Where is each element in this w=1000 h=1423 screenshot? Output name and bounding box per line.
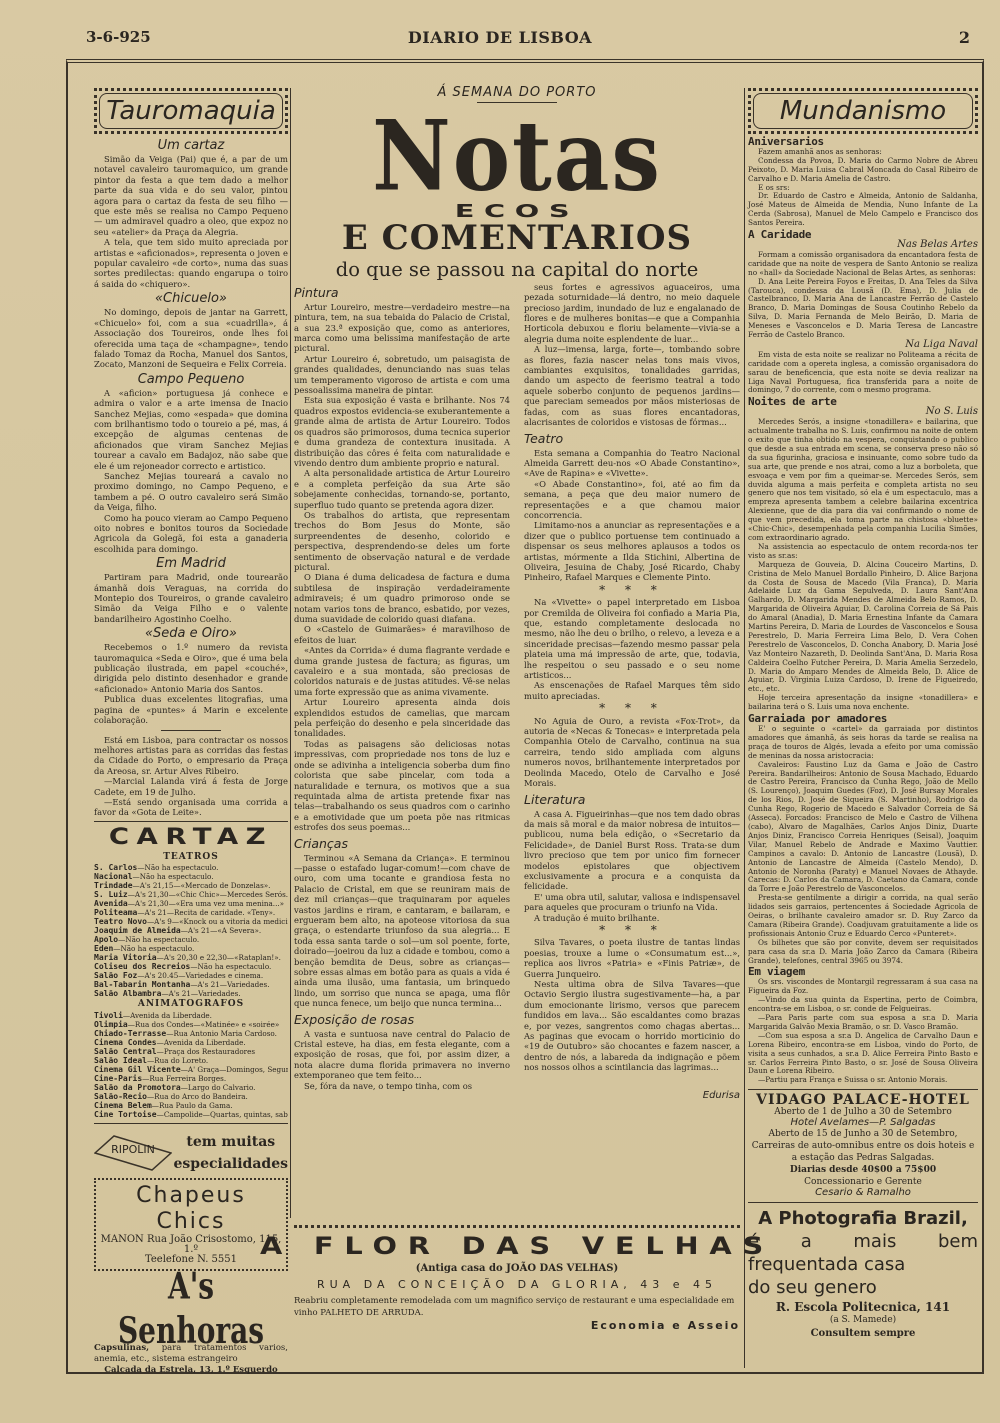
listing-entry: Teatro Novo—A's 9—«Knock ou a vitoria da… (94, 917, 288, 926)
listing-entry: Trindade—A's 21,15—«Mercado de Donzelas»… (94, 881, 288, 890)
venue-info: —A's 21,30—«Chic Chic»—Mercedes Serós. (128, 890, 288, 899)
ad-flor-das-velhas: A FLOR DAS VELHAS (Antiga casa do JOÃO D… (294, 1222, 740, 1332)
column-rule (744, 88, 745, 1368)
article-paragraph: Como ha pouco vieram ao Campo Pequeno oi… (94, 513, 288, 555)
venue-name: Salão da Promotora (94, 1083, 181, 1092)
article-heading: Em viagem (748, 968, 978, 977)
venue-info: —Rua do Loreto. (147, 1056, 208, 1065)
newspaper-title: DIARIO DE LISBOA (0, 28, 1000, 47)
venue-info: —Avenida da Liberdade. (157, 1038, 246, 1047)
article-paragraph: Cavaleiros: Faustino Luz da Gama e João … (748, 761, 978, 895)
venue-info: —A's 21,30—«Era uma vez uma menina...» (128, 899, 284, 908)
venue-info: —Praça dos Restauradores (157, 1047, 255, 1056)
article-paragraph: Sanchez Mejias toureará a cavalo no prox… (94, 471, 288, 513)
article-paragraph: Os bilhetes que são por convite, devem s… (748, 939, 978, 966)
venue-info: —Não ha espectaculo. (118, 935, 199, 944)
article-subheading: Nas Belas Artes (748, 241, 978, 250)
venue-info: —A's 9—«Knock ou a vitoria da medicina». (147, 917, 288, 926)
article-heading: Garraiada por amadores (748, 715, 978, 724)
venue-name: Salão Ideal (94, 1056, 147, 1065)
article-paragraph: Na «Vivette» o papel interpretado em Lis… (524, 597, 740, 680)
venue-name: Joaquim de Almeida (94, 926, 181, 935)
section-header-mundanismo: Mundanismo (748, 88, 978, 134)
article-paragraph: Os srs. viscondes de Montargil regressar… (748, 978, 978, 996)
separator-stars: * * * (524, 585, 740, 595)
venue-info: —Rua Antonio Maria Cardoso. (166, 1029, 277, 1038)
venue-name: Apolo (94, 935, 118, 944)
listing-entry: Tivoli—Avenida da Liberdade. (94, 1011, 288, 1020)
listing-entry: Joaquim de Almeida—A's 21—«A Severa». (94, 926, 288, 935)
article-paragraph: Mercedes Serós, a insigne «tonadillera» … (748, 418, 978, 543)
article-heading: «Chicuelo» (94, 291, 288, 306)
article-subheading: No S. Luis (748, 408, 978, 417)
listing-entry: Cinema Condes—Avenida da Liberdade. (94, 1038, 288, 1047)
article-paragraph: —Com sua esposa a sr.a D. Angelica de Ca… (748, 1032, 978, 1077)
divider (161, 730, 221, 731)
article-paragraph: —Para Paris parte com sua esposa a sr.a … (748, 1014, 978, 1032)
venue-info: —Rua do Arco do Bandeira. (147, 1092, 248, 1101)
venue-info: —A's 21—Variedades. (190, 980, 269, 989)
headline-comentarios: E COMENTARIOS (294, 218, 740, 258)
teatros-label: TEATROS (94, 852, 288, 862)
article-paragraph: Silva Tavares, o poeta ilustre de tantas… (524, 937, 740, 979)
ripolin-diamond-logo: RIPOLIN (94, 1135, 172, 1171)
venue-info: —A's 21—«A Severa». (181, 926, 261, 935)
venue-info: —A's 20,30 e 22,30—«Rataplan!». (157, 953, 281, 962)
listing-entry: Maria Vitoria—A's 20,30 e 22,30—«Ratapla… (94, 953, 288, 962)
listing-entry: Cine Tortoise—Campolide—Quartas, quintas… (94, 1110, 288, 1119)
article-paragraph: Publica duas excelentes litografias, uma… (94, 694, 288, 725)
left-column: Tauromaquia Um cartazSimão da Veiga (Pai… (94, 88, 288, 1376)
article-paragraph: Os trabalhos do artista, que representam… (294, 510, 510, 572)
right-column: Mundanismo AniversariosFazem amanhã anos… (748, 88, 978, 1342)
masthead: 3-6-925 DIARIO DE LISBOA 2 (0, 28, 1000, 52)
animatografos-list: Tivoli—Avenida da Liberdade.Olimpia—Rua … (94, 1011, 288, 1119)
listing-entry: Cinema Belem—Rua Paulo da Gama. (94, 1101, 288, 1110)
article-paragraph: Condessa da Povoa, D. Maria do Carmo Nob… (748, 157, 978, 184)
note-paragraph: —Está sendo organisada uma corrida a fav… (94, 797, 288, 818)
article-paragraph: Esta semana a Companhia do Teatro Nacion… (524, 448, 740, 479)
ad-vidago-palace: VIDAGO PALACE-HOTEL Aberto de 1 de Julho… (748, 1089, 978, 1198)
article-paragraph: Recebemos o 1.º numero da revista taurom… (94, 642, 288, 694)
tauromaquia-notes: Está em Lisboa, para contractar os nosso… (94, 735, 288, 818)
teatros-list: S. Carlos—Não ha espectaculo.Nacional—Nã… (94, 863, 288, 998)
center-subcolumn-2: seus fortes e agressivos aguaceiros, uma… (524, 282, 740, 1091)
venue-info: —Rua Ferreira Borges. (142, 1074, 226, 1083)
article-paragraph: As enscenações de Rafael Marques têm sid… (524, 680, 740, 701)
venue-info: —A's 21—Recita de caridade. «Teny». (137, 908, 275, 917)
article-paragraph: Dr. Eduardo de Castro e Almeida, Antonio… (748, 192, 978, 228)
article-paragraph: Simão da Veiga (Pai) que é, a par de um … (94, 154, 288, 237)
listing-entry: Politeama—A's 21—Recita de caridade. «Te… (94, 908, 288, 917)
signature: Edurisa (294, 1091, 740, 1101)
venue-info: —Não ha espectaculo. (133, 872, 214, 881)
dek: do que se passou na capital do norte (294, 258, 740, 282)
article-paragraph: Se, fóra da nave, o tempo tinha, com os (294, 1081, 510, 1091)
venue-name: Nacional (94, 872, 133, 881)
article-paragraph: Partiram para Madrid, onde tourearão áma… (94, 572, 288, 624)
article-paragraph: A vasta e suntuosa nave central do Palac… (294, 1029, 510, 1081)
article-paragraph: No domingo, depois de jantar na Garrett,… (94, 307, 288, 369)
venue-name: Salão Albambra (94, 989, 161, 998)
venue-name: S. Luiz (94, 890, 128, 899)
center-column: Á SEMANA DO PORTO Notas ECOS E COMENTARI… (294, 88, 740, 1101)
article-paragraph: A «aficion» portuguesa já conhece e admi… (94, 388, 288, 471)
venue-name: Politeama (94, 908, 137, 917)
venue-info: —A's 21—Variedades. (161, 989, 240, 998)
venue-name: Cinema Gil Vicente (94, 1065, 181, 1074)
venue-info: —Largo do Calvario. (181, 1083, 256, 1092)
venue-name: Bal-Tabarin Montanha (94, 980, 190, 989)
article-paragraph: Marqueza de Gouveia, D. Alcina Couceiro … (748, 561, 978, 695)
mundanismo-sections: AniversariosFazem amanhã anos as senhora… (748, 138, 978, 1085)
venue-name: Eden (94, 944, 113, 953)
venue-name: Avenida (94, 899, 128, 908)
article-heading: Um cartaz (94, 138, 288, 153)
venue-info: —Não ha espectaculo. (137, 863, 218, 872)
article-heading: Exposição de rosas (294, 1012, 510, 1027)
venue-info: —Campolide—Quartas, quintas, sabados e d… (157, 1110, 288, 1119)
venue-name: Teatro Novo (94, 917, 147, 926)
venue-name: Coliseu dos Recreios (94, 962, 190, 971)
ad-as-senhoras: A's Senhoras Capsulinas, para tratamento… (94, 1275, 288, 1376)
article-paragraph: D. Ana Leite Pereira Foyos e Freitas, D.… (748, 278, 978, 340)
headline-notas: Notas (294, 108, 740, 207)
article-paragraph: Terminou «A Semana da Criança». E termin… (294, 853, 510, 1009)
listing-entry: Cine-Paris—Rua Ferreira Borges. (94, 1074, 288, 1083)
venue-info: —Não ha espectaculo. (190, 962, 271, 971)
section-header-tauromaquia: Tauromaquia (94, 88, 288, 134)
article-paragraph: No Aguia de Ouro, a revista «Fox-Trot», … (524, 716, 740, 789)
article-heading: Campo Pequeno (94, 372, 288, 387)
venue-name: Trindade (94, 881, 133, 890)
article-heading: Em Madrid (94, 556, 288, 571)
column-rule (290, 88, 291, 1218)
article-paragraph: «Antes da Corrida» é duma flagrante verd… (294, 645, 510, 697)
venue-info: —A' Graça—Domingos, Segundas, Quintas e … (181, 1065, 288, 1074)
animatografos-label: ANIMATOGRAFOS (94, 999, 288, 1009)
separator-stars: * * * (524, 703, 740, 713)
article-paragraph: A casa A. Figueirinhas—que nos tem dado … (524, 809, 740, 892)
article-paragraph: O «Castelo de Guimarães» é maravilhoso d… (294, 624, 510, 645)
article-paragraph: Em vista de esta noite se realizar no Po… (748, 351, 978, 396)
ad-photografia-brazil: A Photografia Brazil, é a mais bem frequ… (748, 1202, 978, 1341)
divider (94, 821, 288, 822)
article-paragraph: E' o seguinte o «cartel» da garraiada po… (748, 725, 978, 761)
ad-ripolin: RIPOLIN tem muitas especialidades (94, 1123, 288, 1178)
venue-info: —Não ha espectaculo. (113, 944, 194, 953)
listing-entry: Coliseu dos Recreios—Não ha espectaculo. (94, 962, 288, 971)
article-paragraph: Artur Loureiro, mestre—verdadeiro mestre… (294, 302, 510, 354)
listing-entry: Salão Central—Praça dos Restauradores (94, 1047, 288, 1056)
venue-name: Tivoli (94, 1011, 123, 1020)
article-paragraph: Esta sua exposição é vasta e brilhante. … (294, 395, 510, 468)
article-paragraph: Todas as paisagens são deliciosas notas … (294, 739, 510, 833)
listing-entry: Salão-Recio—Rua do Arco do Bandeira. (94, 1092, 288, 1101)
venue-name: Cine-Paris (94, 1074, 142, 1083)
article-heading: Teatro (524, 431, 740, 446)
center-subcolumn-1: PinturaArtur Loureiro, mestre—verdadeiro… (294, 282, 510, 1091)
article-paragraph: A tradução é muito brilhante. (524, 913, 740, 923)
article-paragraph: Hoje terceira apresentação da insigne «t… (748, 694, 978, 712)
article-paragraph: O Diana é duma delicadesa de factura e d… (294, 572, 510, 624)
listing-entry: Nacional—Não ha espectaculo. (94, 872, 288, 881)
listing-entry: Salão da Promotora—Largo do Calvario. (94, 1083, 288, 1092)
listing-entry: Salão Albambra—A's 21—Variedades. (94, 989, 288, 998)
article-paragraph: A tela, que tem sido muito apreciada por… (94, 237, 288, 289)
article-paragraph: A luz—imensa, larga, forte—, tombando so… (524, 344, 740, 427)
ripolin-tagline: tem muitas especialidades (174, 1131, 288, 1175)
article-paragraph: Artur Loureiro apresenta ainda dois expl… (294, 697, 510, 739)
listing-entry: Apolo—Não ha espectaculo. (94, 935, 288, 944)
venue-name: Salão-Recio (94, 1092, 147, 1101)
venue-name: Salão Foz (94, 971, 137, 980)
listing-entry: Salão Foz—A's 20.45—Variedades e cinema. (94, 971, 288, 980)
cartaz-title: CARTAZ (70, 825, 313, 851)
venue-name: Chiado-Terrasse (94, 1029, 166, 1038)
article-paragraph: Artur Loureiro é, sobretudo, um paisagis… (294, 354, 510, 396)
listing-entry: S. Luiz—A's 21,30—«Chic Chic»—Mercedes S… (94, 890, 288, 899)
venue-info: —Avenida da Liberdade. (123, 1011, 212, 1020)
venue-info: —Rua dos Condes—«Matinée» e «soirée» (128, 1020, 280, 1029)
tauromaquia-articles: Um cartazSimão da Veiga (Pai) que é, a p… (94, 138, 288, 726)
article-paragraph: E' uma obra util, salutar, valiosa e ind… (524, 892, 740, 913)
article-paragraph: «O Abade Constantino», foi, até ao fim d… (524, 479, 740, 521)
venue-name: S. Carlos (94, 863, 137, 872)
venue-name: Cine Tortoise (94, 1110, 157, 1119)
listing-entry: Chiado-Terrasse—Rua Antonio Maria Cardos… (94, 1029, 288, 1038)
listing-entry: Olimpia—Rua dos Condes—«Matinée» e «soir… (94, 1020, 288, 1029)
listing-entry: Avenida—A's 21,30—«Era uma vez uma menin… (94, 899, 288, 908)
venue-name: Maria Vitoria (94, 953, 157, 962)
note-paragraph: —Marcial Lalanda virá á festa de Jorge C… (94, 776, 288, 797)
venue-name: Cinema Belem (94, 1101, 152, 1110)
article-paragraph: A alta personalidade artistica de Artur … (294, 468, 510, 510)
listing-entry: Bal-Tabarin Montanha—A's 21—Variedades. (94, 980, 288, 989)
venue-info: —Rua Paulo da Gama. (152, 1101, 233, 1110)
article-paragraph: seus fortes e agressivos aguaceiros, uma… (524, 282, 740, 344)
kicker: Á SEMANA DO PORTO (294, 88, 740, 98)
article-heading: Aniversarios (748, 138, 978, 147)
note-paragraph: Está em Lisboa, para contractar os nosso… (94, 735, 288, 777)
listing-entry: Cinema Gil Vicente—A' Graça—Domingos, Se… (94, 1065, 288, 1074)
article-paragraph: —Partiu para França e Suissa o sr. Anton… (748, 1076, 978, 1085)
article-paragraph: Presta-se gentilmente a dirigir a corrid… (748, 894, 978, 939)
article-paragraph: Nesta ultima obra de Silva Tavares—que O… (524, 979, 740, 1073)
article-heading: Crianças (294, 836, 510, 851)
separator-stars: * * * (524, 925, 740, 935)
listing-entry: Eden—Não ha espectaculo. (94, 944, 288, 953)
venue-info: —A's 20.45—Variedades e cinema. (137, 971, 263, 980)
article-paragraph: Na assistencia ao espectaculo de ontem r… (748, 543, 978, 561)
page-number: 2 (959, 28, 970, 47)
listing-entry: Salão Ideal—Rua do Loreto. (94, 1056, 288, 1065)
article-paragraph: —Vindo da sua quinta da Espertina, perto… (748, 996, 978, 1014)
article-heading: «Seda e Oiro» (94, 626, 288, 641)
article-heading: Pintura (294, 285, 510, 300)
venue-info: —A's 21,15—«Mercado de Donzelas». (133, 881, 271, 890)
venue-name: Olimpia (94, 1020, 128, 1029)
venue-name: Cinema Condes (94, 1038, 157, 1047)
article-heading: Literatura (524, 792, 740, 807)
listing-entry: S. Carlos—Não ha espectaculo. (94, 863, 288, 872)
article-paragraph: Formam a comissão organisadora da encant… (748, 251, 978, 278)
article-subheading: Na Liga Naval (748, 341, 978, 350)
article-paragraph: Limitamo-nos a anunciar as representaçõe… (524, 520, 740, 582)
venue-name: Salão Central (94, 1047, 157, 1056)
